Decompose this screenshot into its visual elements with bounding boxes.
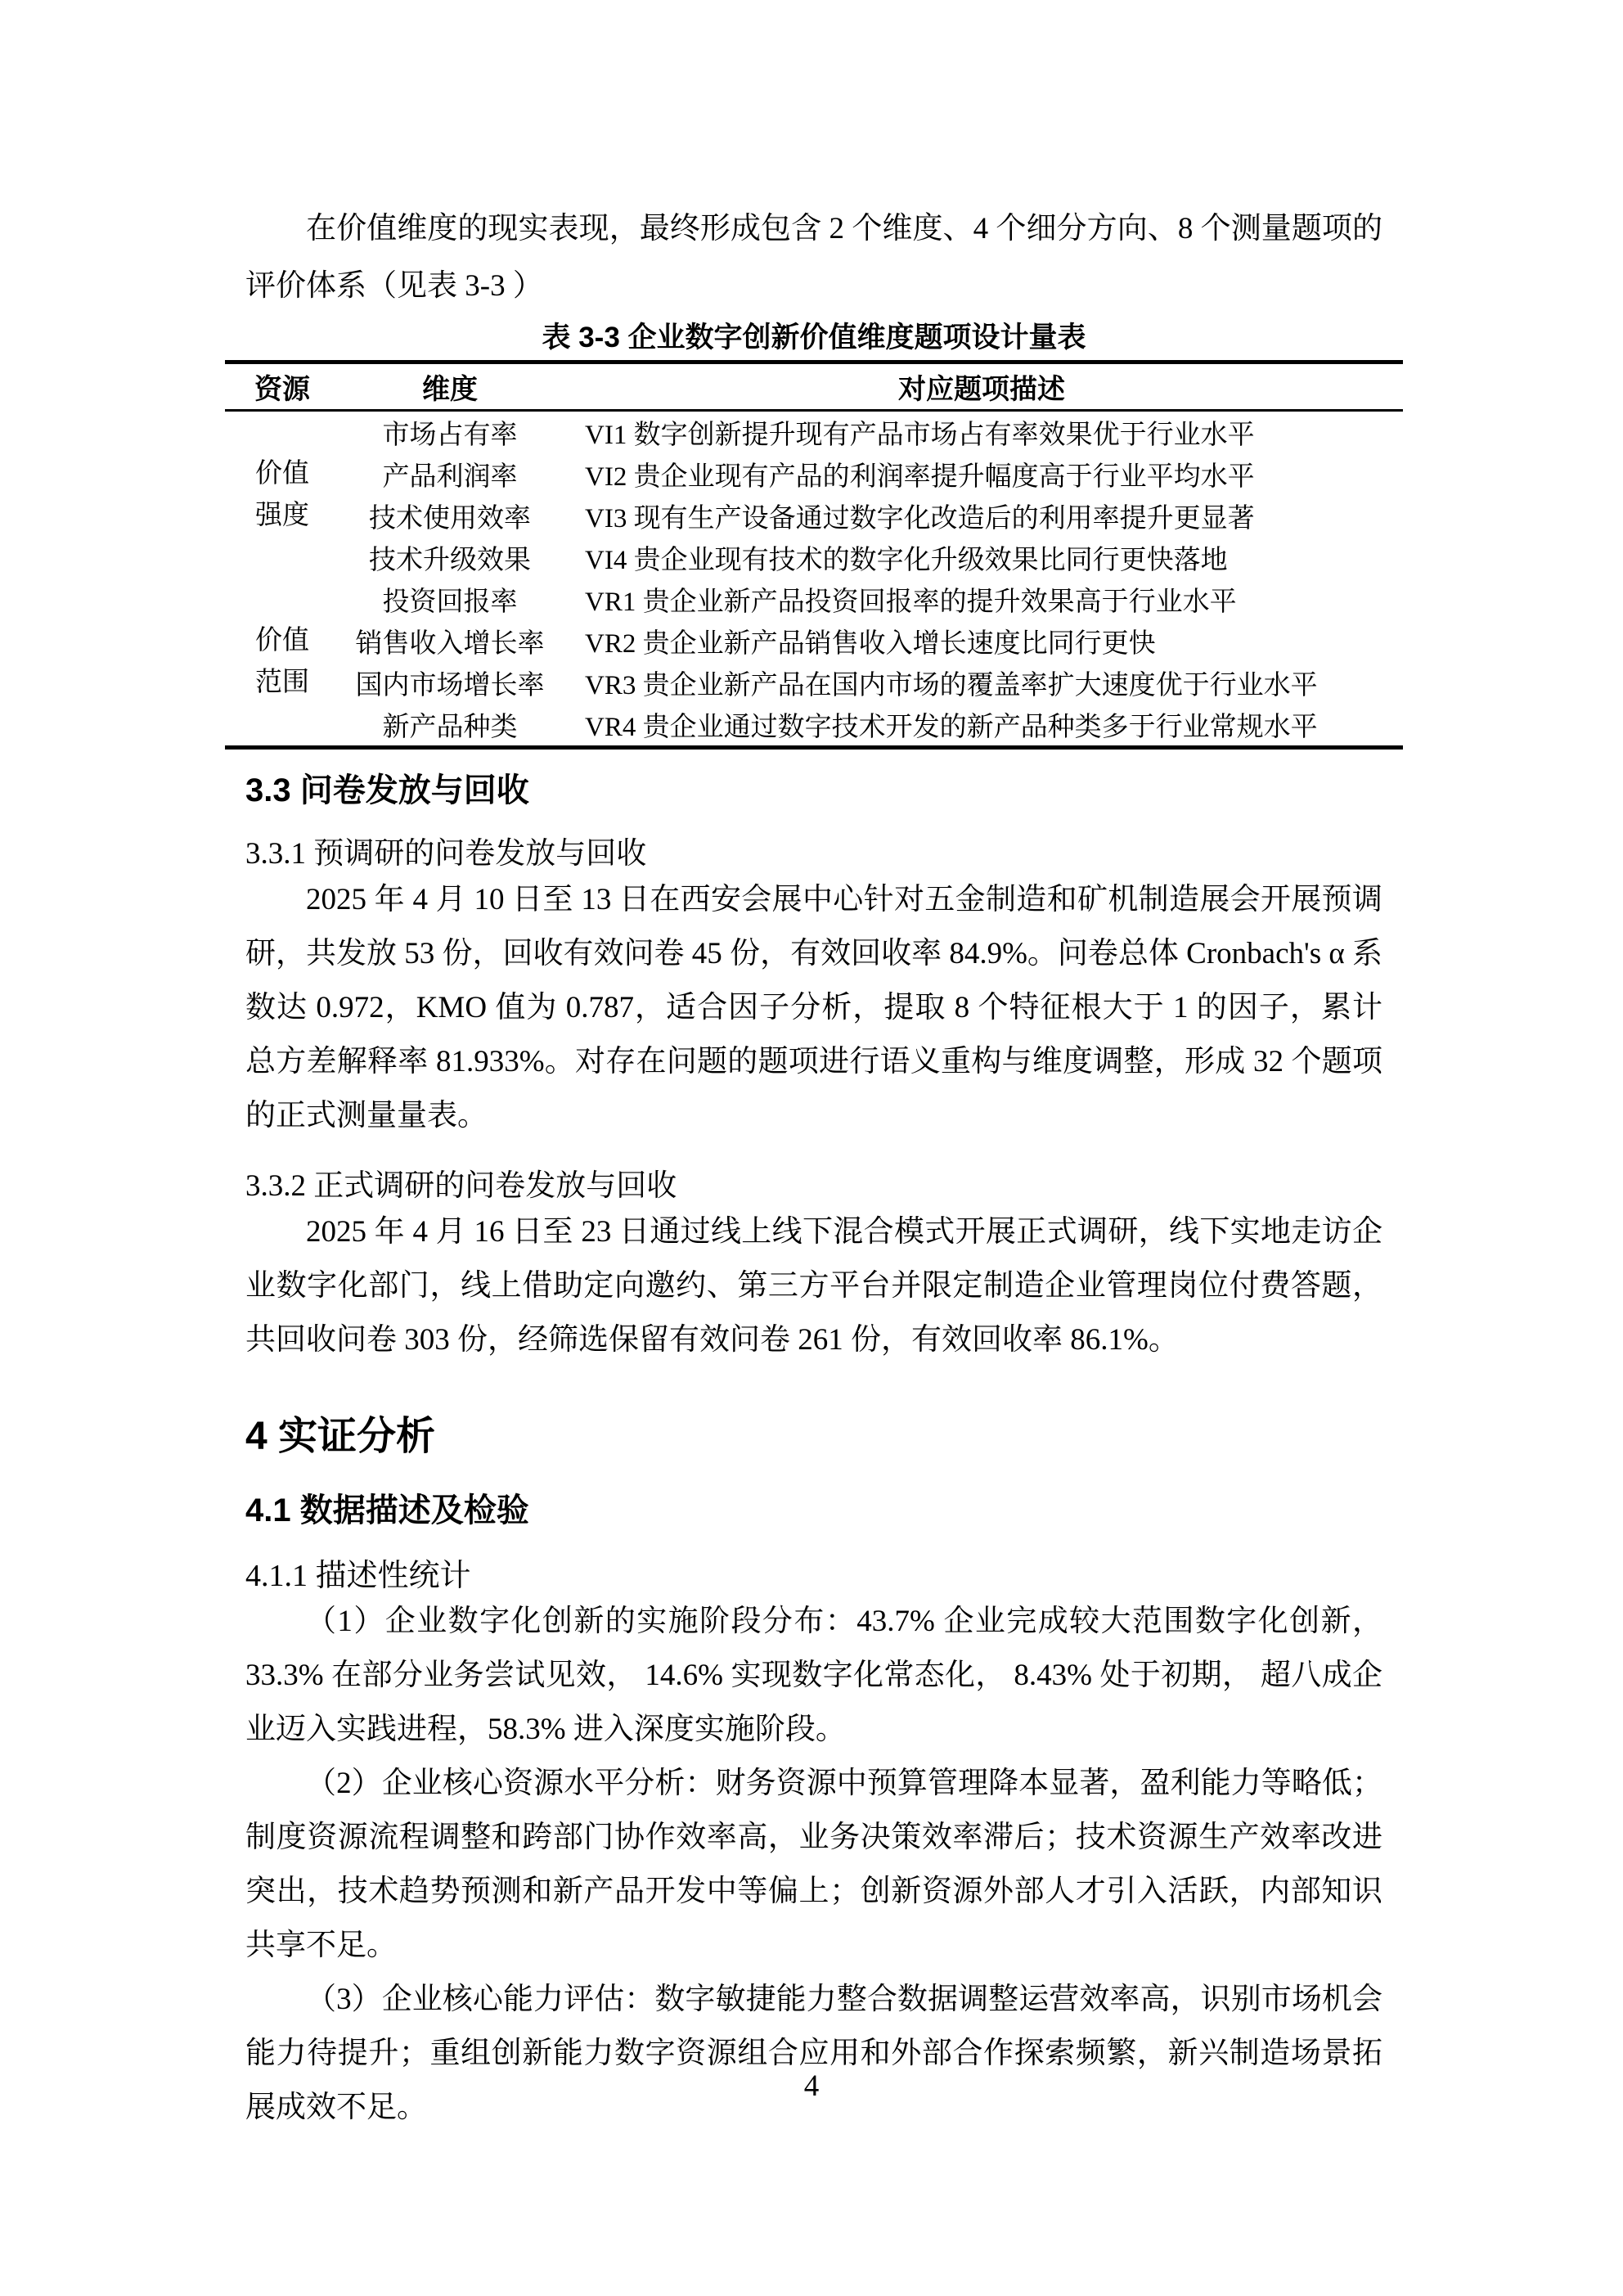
section-3-3-heading: 3.3 问卷发放与回收 bbox=[245, 770, 1382, 811]
section-3-3-2-heading: 3.3.2 正式调研的问卷发放与回收 bbox=[245, 1168, 1382, 1205]
description-cell: VR4 贵企业通过数字技术开发的新产品种类多于行业常规水平 bbox=[560, 704, 1403, 748]
intro-paragraph: 在价值维度的现实表现，最终形成包含 2 个维度、4 个细分方向、8 个测量题项的… bbox=[245, 200, 1382, 315]
table-row: 国内市场增长率 VR3 贵企业新产品在国内市场的覆盖率扩大速度优于行业水平 bbox=[225, 662, 1403, 704]
section-3-3-1-paragraph: 2025 年 4 月 10 日至 13 日在西安会展中心针对五金制造和矿机制造展… bbox=[245, 873, 1382, 1143]
description-cell: VI1 数字创新提升现有产品市场占有率效果优于行业水平 bbox=[560, 411, 1403, 454]
table-row: 产品利润率 VI2 贵企业现有产品的利润率提升幅度高于行业平均水平 bbox=[225, 453, 1403, 495]
table-caption: 表 3-3 企业数字创新价值维度题项设计量表 bbox=[245, 315, 1382, 360]
page-content: 在价值维度的现实表现，最终形成包含 2 个维度、4 个细分方向、8 个测量题项的… bbox=[245, 200, 1382, 2135]
dimension-cell: 投资回报率 bbox=[339, 579, 560, 620]
descriptive-stats-paragraph-2: （2）企业核心资源水平分析：财务资源中预算管理降本显著，盈利能力等略低；制度资源… bbox=[245, 1757, 1382, 1973]
description-cell: VR3 贵企业新产品在国内市场的覆盖率扩大速度优于行业水平 bbox=[560, 662, 1403, 704]
section-3-3-1-heading: 3.3.1 预调研的问卷发放与回收 bbox=[245, 835, 1382, 873]
section-4-heading: 4 实证分析 bbox=[245, 1412, 1382, 1461]
descriptive-stats-paragraph-3: （3）企业核心能力评估：数字敏捷能力整合数据调整运营效率高，识别市场机会能力待提… bbox=[245, 1973, 1382, 2135]
resource-group-2: 价值 范围 bbox=[225, 579, 339, 748]
section-4-1-heading: 4.1 数据描述及检验 bbox=[245, 1490, 1382, 1531]
section-3-3-2-paragraph: 2025 年 4 月 16 日至 23 日通过线上线下混合模式开展正式调研，线下… bbox=[245, 1205, 1382, 1367]
header-description: 对应题项描述 bbox=[560, 362, 1403, 411]
description-cell: VI4 贵企业现有技术的数字化升级效果比同行更快落地 bbox=[560, 537, 1403, 579]
page-number: 4 bbox=[0, 2066, 1623, 2107]
description-cell: VI2 贵企业现有产品的利润率提升幅度高于行业平均水平 bbox=[560, 453, 1403, 495]
table-row: 价值 强度 市场占有率 VI1 数字创新提升现有产品市场占有率效果优于行业水平 bbox=[225, 411, 1403, 454]
description-cell: VI3 现有生产设备通过数字化改造后的利用率提升更显著 bbox=[560, 495, 1403, 537]
dimension-cell: 新产品种类 bbox=[339, 704, 560, 748]
dimension-cell: 国内市场增长率 bbox=[339, 662, 560, 704]
description-cell: VR2 贵企业新产品销售收入增长速度比同行更快 bbox=[560, 620, 1403, 662]
header-dimension: 维度 bbox=[339, 362, 560, 411]
table-row: 新产品种类 VR4 贵企业通过数字技术开发的新产品种类多于行业常规水平 bbox=[225, 704, 1403, 748]
measurement-table: 资源 维度 对应题项描述 价值 强度 市场占有率 VI1 数字创新提升现有产品市… bbox=[225, 360, 1403, 750]
dimension-cell: 技术使用效率 bbox=[339, 495, 560, 537]
section-4-1-1-heading: 4.1.1 描述性统计 bbox=[245, 1557, 1382, 1595]
table-header-row: 资源 维度 对应题项描述 bbox=[225, 362, 1403, 411]
dimension-cell: 市场占有率 bbox=[339, 411, 560, 454]
document-page: 在价值维度的现实表现，最终形成包含 2 个维度、4 个细分方向、8 个测量题项的… bbox=[0, 0, 1623, 2296]
header-resource: 资源 bbox=[225, 362, 339, 411]
description-cell: VR1 贵企业新产品投资回报率的提升效果高于行业水平 bbox=[560, 579, 1403, 620]
descriptive-stats-paragraph-1: （1）企业数字化创新的实施阶段分布：43.7% 企业完成较大范围数字化创新，33… bbox=[245, 1595, 1382, 1757]
table-row: 技术升级效果 VI4 贵企业现有技术的数字化升级效果比同行更快落地 bbox=[225, 537, 1403, 579]
dimension-cell: 销售收入增长率 bbox=[339, 620, 560, 662]
dimension-cell: 技术升级效果 bbox=[339, 537, 560, 579]
dimension-cell: 产品利润率 bbox=[339, 453, 560, 495]
resource-group-1: 价值 强度 bbox=[225, 411, 339, 579]
table-row: 技术使用效率 VI3 现有生产设备通过数字化改造后的利用率提升更显著 bbox=[225, 495, 1403, 537]
table-row: 销售收入增长率 VR2 贵企业新产品销售收入增长速度比同行更快 bbox=[225, 620, 1403, 662]
table-row: 价值 范围 投资回报率 VR1 贵企业新产品投资回报率的提升效果高于行业水平 bbox=[225, 579, 1403, 620]
